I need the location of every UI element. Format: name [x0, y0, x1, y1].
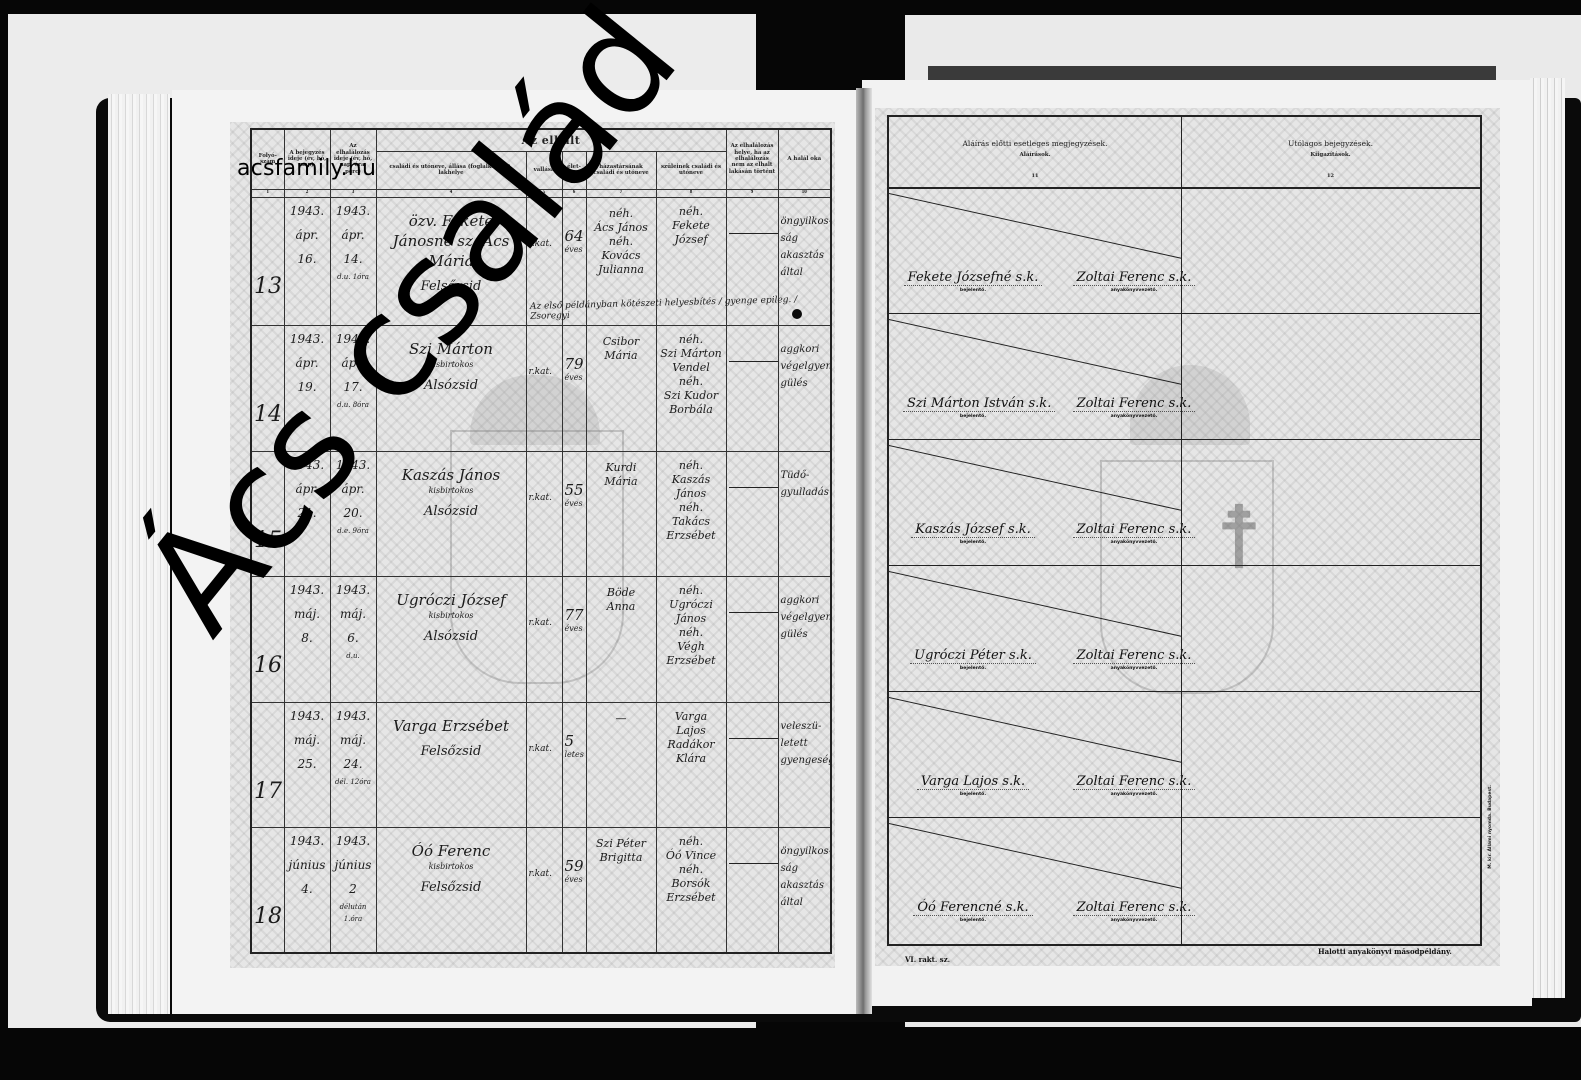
deceased-name: Óó Ferenc	[379, 841, 524, 861]
cause-line: gülés	[781, 375, 829, 392]
signature-row: Fekete Józsefné s.k.bejelentő.Zoltai Fer…	[889, 187, 1480, 314]
religion-text: r.kat.	[529, 618, 560, 628]
col-num: 10	[778, 189, 831, 197]
cause-line: által	[781, 264, 829, 281]
col-num: 1	[251, 189, 284, 197]
reporter-name: Kaszás József s.k.	[911, 522, 1035, 538]
died-line: dél. 12óra	[333, 776, 374, 788]
register-entry-row: 17.1943.máj.25.1943.máj.24.dél. 12óraVar…	[251, 702, 831, 827]
spouse-line: Anna	[589, 600, 654, 614]
signature-row: Varga Lajos s.k.bejelentő.Zoltai Ferenc …	[889, 691, 1480, 818]
age: 5letes	[562, 702, 586, 827]
religion-text: r.kat.	[529, 744, 560, 754]
parents-line: Végh	[659, 640, 724, 654]
col12-title: Utólagos bejegyzések.	[1181, 139, 1480, 148]
religion-text: r.kat.	[529, 367, 560, 377]
parents-line: néh.	[659, 835, 724, 849]
place-of-death	[726, 451, 778, 576]
parents-line: néh.	[659, 459, 724, 473]
death-date: 1943.június2délután1.óra	[330, 827, 376, 953]
registered-line: 16.	[287, 247, 328, 271]
registered-line: 1943.	[287, 199, 328, 223]
parents-names: néh.Szi MártonVendelnéh.Szi KudorBorbála	[656, 326, 726, 451]
deceased-name: Kaszás János	[379, 465, 524, 485]
spouse-line: Ács János	[589, 221, 654, 235]
deceased-occupation: kisbirtokos	[379, 485, 524, 496]
ink-blot	[792, 309, 802, 319]
registrar-signature: Zoltai Ferenc s.k.anyakönyvvezető.	[1069, 898, 1199, 923]
age-unit: éves	[565, 499, 584, 508]
parents-names: néh.UgrócziJánosnéh.VéghErzsébet	[656, 577, 726, 702]
register-entry-row: 16.1943.máj.8.1943.máj.6.d.u.Ugróczi Józ…	[251, 577, 831, 702]
parents-line: Ugróczi	[659, 598, 724, 612]
deceased-residence: Alsózsid	[379, 502, 524, 522]
entry-number-text: 16.	[254, 658, 282, 674]
col-num: 8	[656, 189, 726, 197]
parents-line: néh.	[659, 863, 724, 877]
header-col-11: Aláírás előtti esetleges megjegyzések. A…	[889, 117, 1181, 187]
registrar-caption: anyakönyvvezető.	[1069, 792, 1199, 797]
page-edges-right	[1530, 78, 1565, 998]
footer-register-type: Halotti anyakönyvi másodpéldány.	[1318, 947, 1452, 956]
header-col-10: A halál oka	[778, 129, 831, 189]
cause-line: ság	[781, 860, 829, 877]
parents-names: néh.KaszásJánosnéh.TakácsErzsébet	[656, 451, 726, 576]
reporter-caption: bejelentő.	[903, 666, 1043, 671]
parents-line: Varga	[659, 710, 724, 724]
registrar-caption: anyakönyvvezető.	[1069, 918, 1199, 923]
deceased-details: Ugróczi JózsefkisbirtokosAlsózsid	[376, 577, 526, 702]
registrar-name: Zoltai Ferenc s.k.	[1073, 270, 1196, 286]
parents-line: néh.	[659, 205, 724, 219]
spouse-line: Böde	[589, 586, 654, 600]
spouse-name: KurdiMária	[586, 451, 656, 576]
spouse-line: —	[589, 712, 654, 726]
cause-of-death: Tüdő-gyulladás	[778, 451, 831, 576]
registered-line: 8.	[287, 626, 328, 650]
cause-line: akasztás	[781, 877, 829, 894]
age: 79éves	[562, 326, 586, 451]
printer-imprint: M. kir. Állami nyomda. Budapest.	[1488, 785, 1493, 869]
header-col-9: Az elhalálozás helye, ha az elhalálozás …	[726, 129, 778, 189]
registrar-name: Zoltai Ferenc s.k.	[1073, 396, 1196, 412]
col-num: 9	[726, 189, 778, 197]
reporter-name: Ugróczi Péter s.k.	[910, 648, 1036, 664]
registered-line: június	[287, 853, 328, 877]
died-line: 24.	[333, 752, 374, 776]
parents-line: Erzsébet	[659, 891, 724, 905]
religion: r.kat.	[526, 577, 562, 702]
deceased-residence: Felsőzsid	[379, 742, 524, 762]
parents-line: Borbála	[659, 403, 724, 417]
parents-line: Óó Vince	[659, 849, 724, 863]
spouse-name: CsiborMária	[586, 326, 656, 451]
registrar-caption: anyakönyvvezető.	[1069, 414, 1199, 419]
age-unit: éves	[565, 624, 584, 633]
site-watermark: acsfamily.hu	[237, 156, 376, 181]
age-value: 59	[565, 857, 584, 875]
religion: r.kat.	[526, 326, 562, 451]
died-line: 1943.	[333, 829, 374, 853]
cause-line: gyulladás	[781, 484, 829, 501]
spouse-line: Kovács	[589, 249, 654, 263]
entry-number: 17.	[251, 702, 284, 827]
registrar-caption: anyakönyvvezető.	[1069, 540, 1199, 545]
empty-place-dash	[729, 233, 779, 234]
reporter-caption: bejelentő.	[903, 918, 1043, 923]
age: 59éves	[562, 827, 586, 953]
col11-number: 11	[889, 173, 1181, 179]
parents-line: Klára	[659, 752, 724, 766]
cause-of-death: öngyilkos-ságakasztásáltal	[778, 827, 831, 953]
died-line: 1.óra	[333, 913, 374, 925]
parents-line: Erzsébet	[659, 654, 724, 668]
died-line: 1943.	[333, 704, 374, 728]
empty-place-dash	[729, 487, 779, 488]
reporter-name: Óó Ferencné s.k.	[913, 900, 1032, 916]
reporter-signature: Fekete Józsefné s.k.bejelentő.	[903, 268, 1043, 293]
parents-line: néh.	[659, 333, 724, 347]
reporter-name: Varga Lajos s.k.	[917, 774, 1029, 790]
parents-names: VargaLajosRadákorKlára	[656, 702, 726, 827]
entry-number: 13.	[251, 197, 284, 326]
religion-text: r.kat.	[529, 493, 560, 503]
age: 55éves	[562, 451, 586, 576]
header-col-12: Utólagos bejegyzések. Kiigazítások. 12	[1181, 117, 1480, 187]
cancel-line	[889, 697, 1182, 763]
spouse-name: —	[586, 702, 656, 827]
died-line: 2	[333, 877, 374, 901]
parents-line: Kaszás	[659, 473, 724, 487]
cancel-line	[889, 445, 1182, 511]
registered-line: ápr.	[287, 223, 328, 247]
spouse-line: Julianna	[589, 263, 654, 277]
parents-line: Radákor	[659, 738, 724, 752]
reporter-name: Szi Márton István s.k.	[903, 396, 1055, 412]
registrar-name: Zoltai Ferenc s.k.	[1073, 774, 1196, 790]
cause-line: ság	[781, 230, 829, 247]
deceased-details: Óó FerenckisbirtokosFelsőzsid	[376, 827, 526, 953]
cause-of-death: aggkorivégelgyen-gülés	[778, 326, 831, 451]
religion: r.kat.	[526, 451, 562, 576]
parents-line: néh.	[659, 375, 724, 389]
spouse-line: Brigitta	[589, 851, 654, 865]
cause-line: aggkori	[781, 592, 829, 609]
age-value: 55	[565, 481, 584, 499]
cause-line: gyengeség	[781, 752, 829, 769]
cause-of-death: veleszü-letettgyengeség	[778, 702, 831, 827]
empty-place-dash	[729, 612, 779, 613]
place-of-death	[726, 827, 778, 953]
cause-line: veleszü-	[781, 718, 829, 735]
registrar-caption: anyakönyvvezető.	[1069, 666, 1199, 671]
cause-line: akasztás	[781, 247, 829, 264]
signature-row: Szi Márton István s.k.bejelentő.Zoltai F…	[889, 313, 1480, 440]
spouse-name: BödeAnna	[586, 577, 656, 702]
registrar-signature: Zoltai Ferenc s.k.anyakönyvvezető.	[1069, 646, 1199, 671]
col12-number: 12	[1181, 173, 1480, 179]
reporter-caption: bejelentő.	[903, 792, 1043, 797]
registrar-name: Zoltai Ferenc s.k.	[1073, 522, 1196, 538]
deceased-name: Ugróczi József	[379, 590, 524, 610]
cause-line: gülés	[781, 626, 829, 643]
age: 77éves	[562, 577, 586, 702]
deceased-name: Varga Erzsébet	[379, 716, 524, 736]
empty-place-dash	[729, 863, 779, 864]
age-unit: éves	[565, 875, 584, 884]
parents-names: néh.Óó Vincenéh.BorsókErzsébet	[656, 827, 726, 953]
spouse-line: Szi Péter	[589, 837, 654, 851]
reporter-caption: bejelentő.	[903, 540, 1043, 545]
registered-line: 1943.	[287, 704, 328, 728]
registration-date: 1943.máj.25.	[284, 702, 330, 827]
death-date: 1943.máj.24.dél. 12óra	[330, 702, 376, 827]
book-gutter	[856, 88, 872, 1014]
died-line: június	[333, 853, 374, 877]
spouse-line: néh.	[589, 235, 654, 249]
deceased-residence: Alsózsid	[379, 627, 524, 647]
spouse-name: Szi PéterBrigitta	[586, 827, 656, 953]
col12-subtitle: Kiigazítások.	[1181, 152, 1480, 158]
cause-line: öngyilkos-	[781, 843, 829, 860]
reporter-caption: bejelentő.	[903, 288, 1043, 293]
age-value: 5	[565, 732, 584, 750]
parents-line: néh.	[659, 626, 724, 640]
entry-number-text: 17.	[254, 784, 282, 800]
deceased-details: Varga ErzsébetFelsőzsid	[376, 702, 526, 827]
registered-line: 1943.	[287, 829, 328, 853]
registrar-signature: Zoltai Ferenc s.k.anyakönyvvezető.	[1069, 520, 1199, 545]
registrar-caption: anyakönyvvezető.	[1069, 288, 1199, 293]
place-of-death	[726, 577, 778, 702]
died-line: 1943.	[333, 578, 374, 602]
parents-line: János	[659, 612, 724, 626]
register-entry-row: 18.1943.június4.1943.június2délután1.óra…	[251, 827, 831, 953]
parents-line: néh.	[659, 584, 724, 598]
age-unit: letes	[565, 750, 584, 759]
cause-line: öngyilkos-	[781, 213, 829, 230]
col11-subtitle: Aláírások.	[889, 152, 1181, 158]
registered-line: 25.	[287, 752, 328, 776]
religion: r.kat.	[526, 827, 562, 953]
reporter-signature: Ugróczi Péter s.k.bejelentő.	[903, 646, 1043, 671]
entry-number-text: 18.	[254, 909, 282, 925]
empty-place-dash	[729, 738, 779, 739]
cancel-line	[889, 823, 1182, 889]
registered-line: máj.	[287, 728, 328, 752]
parents-line: Szi Márton	[659, 347, 724, 361]
registered-line: 4.	[287, 877, 328, 901]
cause-line: végelgyen-	[781, 358, 829, 375]
cancel-line	[889, 319, 1182, 385]
signature-row: Ugróczi Péter s.k.bejelentő.Zoltai Feren…	[889, 565, 1480, 692]
cancel-line	[889, 571, 1182, 637]
deceased-occupation: kisbirtokos	[379, 610, 524, 621]
spouse-line: Mária	[589, 475, 654, 489]
signatures-table: Aláírás előtti esetleges megjegyzések. A…	[887, 115, 1482, 946]
registrar-name: Zoltai Ferenc s.k.	[1073, 648, 1196, 664]
cause-line: által	[781, 894, 829, 911]
column-divider	[1181, 117, 1182, 944]
reporter-signature: Varga Lajos s.k.bejelentő.	[903, 772, 1043, 797]
entry-number: 18.	[251, 827, 284, 953]
cause-line: Tüdő-	[781, 467, 829, 484]
spouse-line: Mária	[589, 349, 654, 363]
footer-shelf-number: VI. rakt. sz.	[905, 955, 950, 964]
header-col-8: szüleinek családi és utóneve	[656, 151, 726, 189]
parents-line: János	[659, 487, 724, 501]
col-num: 2	[284, 189, 330, 197]
age-value: 77	[565, 606, 584, 624]
reporter-caption: bejelentő.	[903, 414, 1043, 419]
place-of-death	[726, 326, 778, 451]
signature-row: Óó Ferencné s.k.bejelentő.Zoltai Ferenc …	[889, 817, 1480, 943]
cause-of-death: aggkorivégelgyen-gülés	[778, 577, 831, 702]
died-line: 1943.	[333, 199, 374, 223]
registration-date: 1943.június4.	[284, 827, 330, 953]
parents-line: Fekete	[659, 219, 724, 233]
spouse-line: Kurdi	[589, 461, 654, 475]
cancel-line	[889, 193, 1182, 259]
reporter-name: Fekete Józsefné s.k.	[904, 270, 1043, 286]
deceased-details: Kaszás JánoskisbirtokosAlsózsid	[376, 451, 526, 576]
empty-place-dash	[729, 361, 779, 362]
died-line: d.u.	[333, 650, 374, 662]
parents-line: Erzsébet	[659, 529, 724, 543]
age-value: 79	[565, 355, 584, 373]
parents-line: Lajos	[659, 724, 724, 738]
died-line: délután	[333, 901, 374, 913]
religion-text: r.kat.	[529, 869, 560, 879]
cause-line: aggkori	[781, 341, 829, 358]
died-line: 6.	[333, 626, 374, 650]
cause-line: végelgyen-	[781, 609, 829, 626]
death-date: 1943.máj.6.d.u.	[330, 577, 376, 702]
registrar-signature: Zoltai Ferenc s.k.anyakönyvvezető.	[1069, 772, 1199, 797]
age-unit: éves	[565, 373, 584, 382]
reporter-signature: Óó Ferencné s.k.bejelentő.	[903, 898, 1043, 923]
deceased-occupation: kisbirtokos	[379, 861, 524, 872]
col-num: 3	[330, 189, 376, 197]
entry-number-text: 13.	[254, 279, 282, 295]
registrar-signature: Zoltai Ferenc s.k.anyakönyvvezető.	[1069, 268, 1199, 293]
spouse-line: Csibor	[589, 335, 654, 349]
parents-line: Szi Kudor	[659, 389, 724, 403]
col11-title: Aláírás előtti esetleges megjegyzések.	[889, 139, 1181, 148]
reporter-signature: Szi Márton István s.k.bejelentő.	[903, 394, 1043, 419]
registered-line: máj.	[287, 602, 328, 626]
signatures-table-header: Aláírás előtti esetleges megjegyzések. A…	[889, 117, 1480, 189]
parents-line: József	[659, 233, 724, 247]
place-of-death	[726, 702, 778, 827]
parents-line: Vendel	[659, 361, 724, 375]
reporter-signature: Kaszás József s.k.bejelentő.	[903, 520, 1043, 545]
parents-line: néh.	[659, 501, 724, 515]
registrar-name: Zoltai Ferenc s.k.	[1073, 900, 1196, 916]
deceased-residence: Felsőzsid	[379, 878, 524, 898]
religion: r.kat.	[526, 702, 562, 827]
registrar-signature: Zoltai Ferenc s.k.anyakönyvvezető.	[1069, 394, 1199, 419]
died-line: máj.	[333, 602, 374, 626]
parents-line: Borsók	[659, 877, 724, 891]
cause-line: letett	[781, 735, 829, 752]
parents-line: Takács	[659, 515, 724, 529]
died-line: máj.	[333, 728, 374, 752]
signature-row: Kaszás József s.k.bejelentő.Zoltai Feren…	[889, 439, 1480, 566]
